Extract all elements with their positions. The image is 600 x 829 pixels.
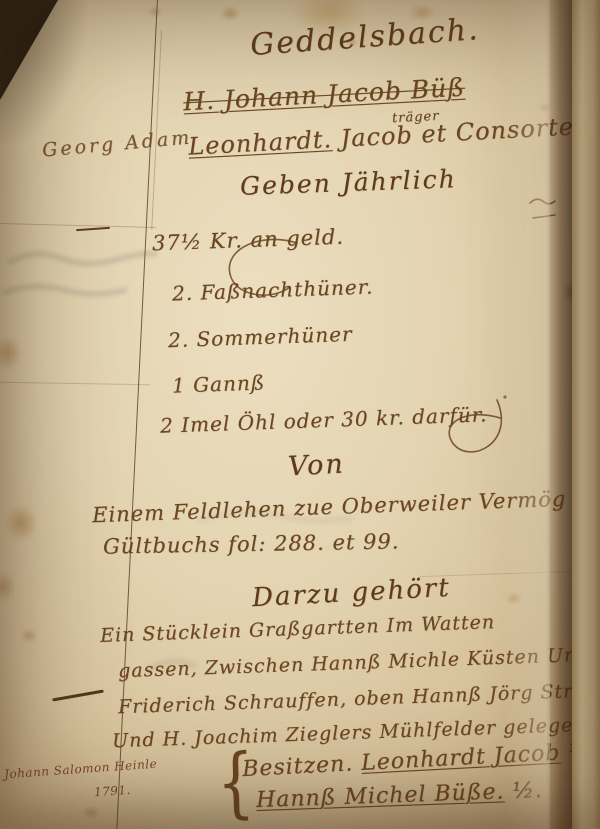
due-item: 2. Sommerhüner <box>168 322 353 352</box>
stain <box>538 102 552 113</box>
description-line: gassen, Zwischen Hannß Michle Küsten Und <box>118 644 591 682</box>
due-item: 37½ Kr. an geld. <box>152 225 345 256</box>
holder-name-underlined: Leonhardt. <box>188 125 333 160</box>
stain <box>506 592 522 605</box>
possessor-name: Leonhardt Jacob <box>361 740 561 775</box>
book-edge-corner <box>0 0 58 100</box>
manuscript-page-photo: Geddelsbach. H. Johann Jacob Büß träger … <box>0 0 600 829</box>
paper-crease <box>0 223 156 228</box>
possessor-share: ½ <box>568 739 592 765</box>
stain <box>0 336 22 370</box>
von-line: Einem Feldlehen zue Oberweiler Vermög <box>92 487 567 528</box>
possessor-name: Hannß Michel Büße. <box>256 779 505 813</box>
stain <box>562 280 584 304</box>
margin-name: Georg Adam <box>41 126 193 161</box>
due-item: 2 Imel Öhl oder 30 kr. darfür. <box>160 402 488 437</box>
description-line: Ein Stücklein Graßgartten Im Watten <box>100 611 496 647</box>
possession-label: Besitzen. <box>242 751 354 782</box>
due-item: 1 Gannß <box>172 370 266 397</box>
paper-crease <box>0 382 150 386</box>
possessor-row: Hannß Michel Büße. ½. <box>256 778 544 813</box>
margin-dash-mark <box>76 227 110 231</box>
stain <box>220 6 240 21</box>
von-line: Gültbuchs fol: 288. et 99. <box>103 529 400 558</box>
subheading-geben-jaehrlich: Geben Jährlich <box>240 164 458 201</box>
next-page-ink-fragments <box>576 198 597 706</box>
stain <box>4 504 38 542</box>
margin-note-name: Johann Salomon Heinle <box>4 757 158 782</box>
possessor-share: ½. <box>512 778 543 804</box>
stain <box>20 628 38 643</box>
margin-dash-mark <box>52 690 104 701</box>
holder-name-rest: Jacob et Consortes. <box>331 111 596 153</box>
due-item: 2. Faßnachthüner. <box>172 274 374 305</box>
stain <box>82 806 100 819</box>
margin-note-year: 1791. <box>94 783 132 800</box>
page-title: Geddelsbach. <box>249 12 481 63</box>
stain <box>148 6 162 17</box>
possession-brace: { <box>216 736 256 827</box>
stain <box>0 572 16 602</box>
section-heading-von: Von <box>287 449 345 483</box>
description-line: Friderich Schrauffen, oben Hannß Jörg St… <box>118 680 593 719</box>
section-heading-darzu-gehoert: Darzu gehört <box>251 573 451 613</box>
